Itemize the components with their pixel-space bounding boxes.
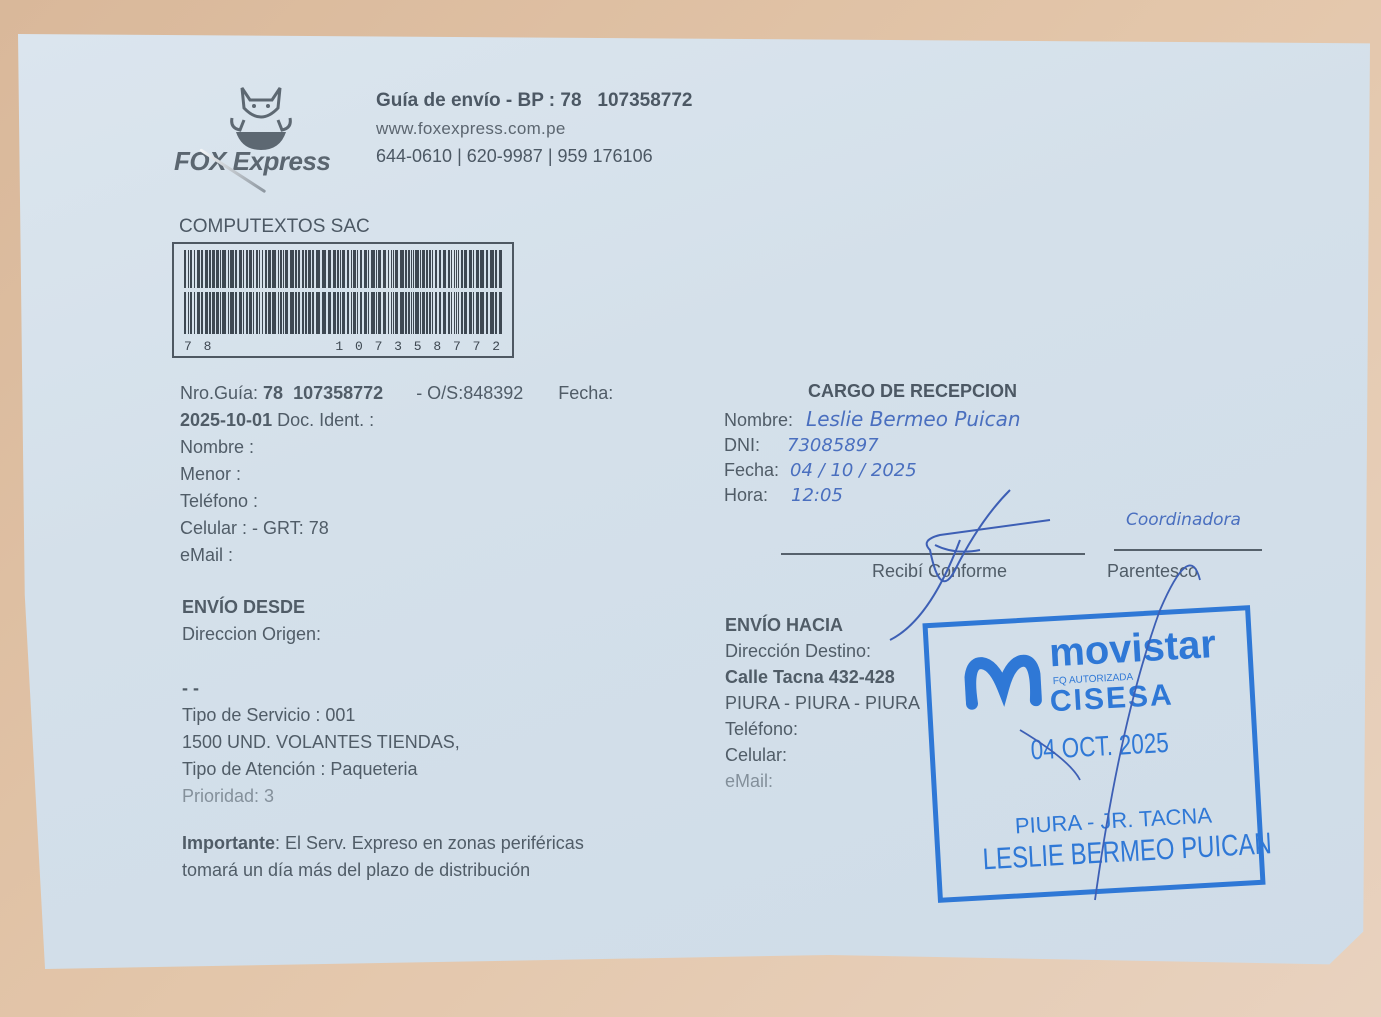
guide-number-row: Nro.Guía: 78 107358772 - O/S:848392 Fech… <box>180 380 613 407</box>
important-label: Importante <box>182 833 275 853</box>
contact-phones: 644-0610 | 620-9987 | 959 176106 <box>376 146 653 167</box>
cargo-nombre-handwritten: Leslie Bermeo Puican <box>806 407 1021 431</box>
guide-details: Nro.Guía: 78 107358772 - O/S:848392 Fech… <box>180 380 613 569</box>
brand-logo-text: FOX Express <box>174 146 330 177</box>
cargo-fecha-handwritten: 04 / 10 / 2025 <box>790 460 917 481</box>
barcode-prefix: 7 8 <box>184 339 213 354</box>
menor-label: Menor : <box>180 461 613 488</box>
doc-ident-label: Doc. Ident. : <box>277 410 374 430</box>
stamp-company: CISESA <box>1049 678 1174 719</box>
guide-number-label: Nro.Guía: <box>180 383 258 403</box>
stamp-date: 04 OCT. 2025 <box>1030 727 1170 767</box>
date-doc-row: 2025-10-01 Doc. Ident. : <box>180 407 613 434</box>
envio-desde-title: ENVÍO DESDE <box>182 594 460 621</box>
parentesco-line <box>1114 549 1262 551</box>
cargo-hora-handwritten: 12:05 <box>791 485 843 506</box>
guide-title: Guía de envío - BP : 78 107358772 <box>376 90 692 112</box>
contenido: 1500 UND. VOLANTES TIENDAS, <box>182 729 460 756</box>
destino-celular-label: Celular: <box>725 742 920 768</box>
important-text: : El Serv. Expreso en zonas periféricas <box>275 833 584 853</box>
prioridad: Prioridad: 3 <box>182 783 460 810</box>
order-service: - O/S:848392 <box>416 383 523 403</box>
sender-company: COMPUTEXTOS SAC <box>179 216 370 238</box>
direccion-destino-value: Calle Tacna 432-428 <box>725 664 920 690</box>
date-value: 2025-10-01 <box>180 410 272 430</box>
barcode-digits: 7 8 1 0 7 3 5 8 7 7 2 <box>184 339 502 354</box>
barcode: 7 8 1 0 7 3 5 8 7 7 2 <box>172 242 514 358</box>
cargo-nombre-label: Nombre: <box>724 410 793 430</box>
barcode-number: 1 0 7 3 5 8 7 7 2 <box>335 339 502 354</box>
recibi-conforme-label: Recibí Conforme <box>872 558 1007 585</box>
telefono-label: Teléfono : <box>180 488 613 515</box>
origin-dashes: - - <box>182 675 460 702</box>
signature-line <box>781 553 1085 555</box>
destino-email-label: eMail: <box>725 768 920 794</box>
parentesco-label: Parentesco <box>1107 558 1198 585</box>
barcode-bars <box>184 250 502 334</box>
direccion-origen-label: Direccion Origen: <box>182 621 460 648</box>
cargo-recepcion-fields: Nombre: Leslie Bermeo Puican DNI: 730858… <box>724 407 1021 508</box>
envio-desde-section: ENVÍO DESDE Direccion Origen: - - Tipo d… <box>182 594 460 810</box>
important-text-2: tomará un día más del plazo de distribuc… <box>182 857 584 884</box>
cargo-hora-label: Hora: <box>724 485 768 505</box>
movistar-stamp: movistar FQ AUTORIZADA CISESA 04 OCT. 20… <box>922 605 1265 903</box>
cargo-recepcion-title: CARGO DE RECEPCION <box>808 381 1017 402</box>
cargo-dni-handwritten: 73085897 <box>787 435 879 456</box>
envio-hacia-title: ENVÍO HACIA <box>725 612 920 638</box>
destino-ciudad: PIURA - PIURA - PIURA <box>725 690 920 716</box>
website-link[interactable]: www.foxexpress.com.pe <box>376 119 566 139</box>
tipo-atencion: Tipo de Atención : Paqueteria <box>182 756 460 783</box>
direccion-destino-label: Dirección Destino: <box>725 638 920 664</box>
destino-telefono-label: Teléfono: <box>725 716 920 742</box>
nombre-label: Nombre : <box>180 434 613 461</box>
date-label: Fecha: <box>558 383 613 403</box>
cargo-dni-label: DNI: <box>724 435 760 455</box>
parentesco-handwritten: Coordinadora <box>1126 510 1241 530</box>
envio-hacia-section: ENVÍO HACIA Dirección Destino: Calle Tac… <box>725 612 920 794</box>
tipo-servicio: Tipo de Servicio : 001 <box>182 702 460 729</box>
guide-number-value: 78 107358772 <box>263 383 383 403</box>
stamp-brand: movistar <box>1048 622 1217 676</box>
celular-label: Celular : - GRT: 78 <box>180 515 613 542</box>
movistar-m-icon <box>963 648 1042 712</box>
email-label: eMail : <box>180 542 613 569</box>
important-note: Importante: El Serv. Expreso en zonas pe… <box>182 830 584 884</box>
fox-logo-icon <box>228 82 294 152</box>
cargo-fecha-label: Fecha: <box>724 460 779 480</box>
